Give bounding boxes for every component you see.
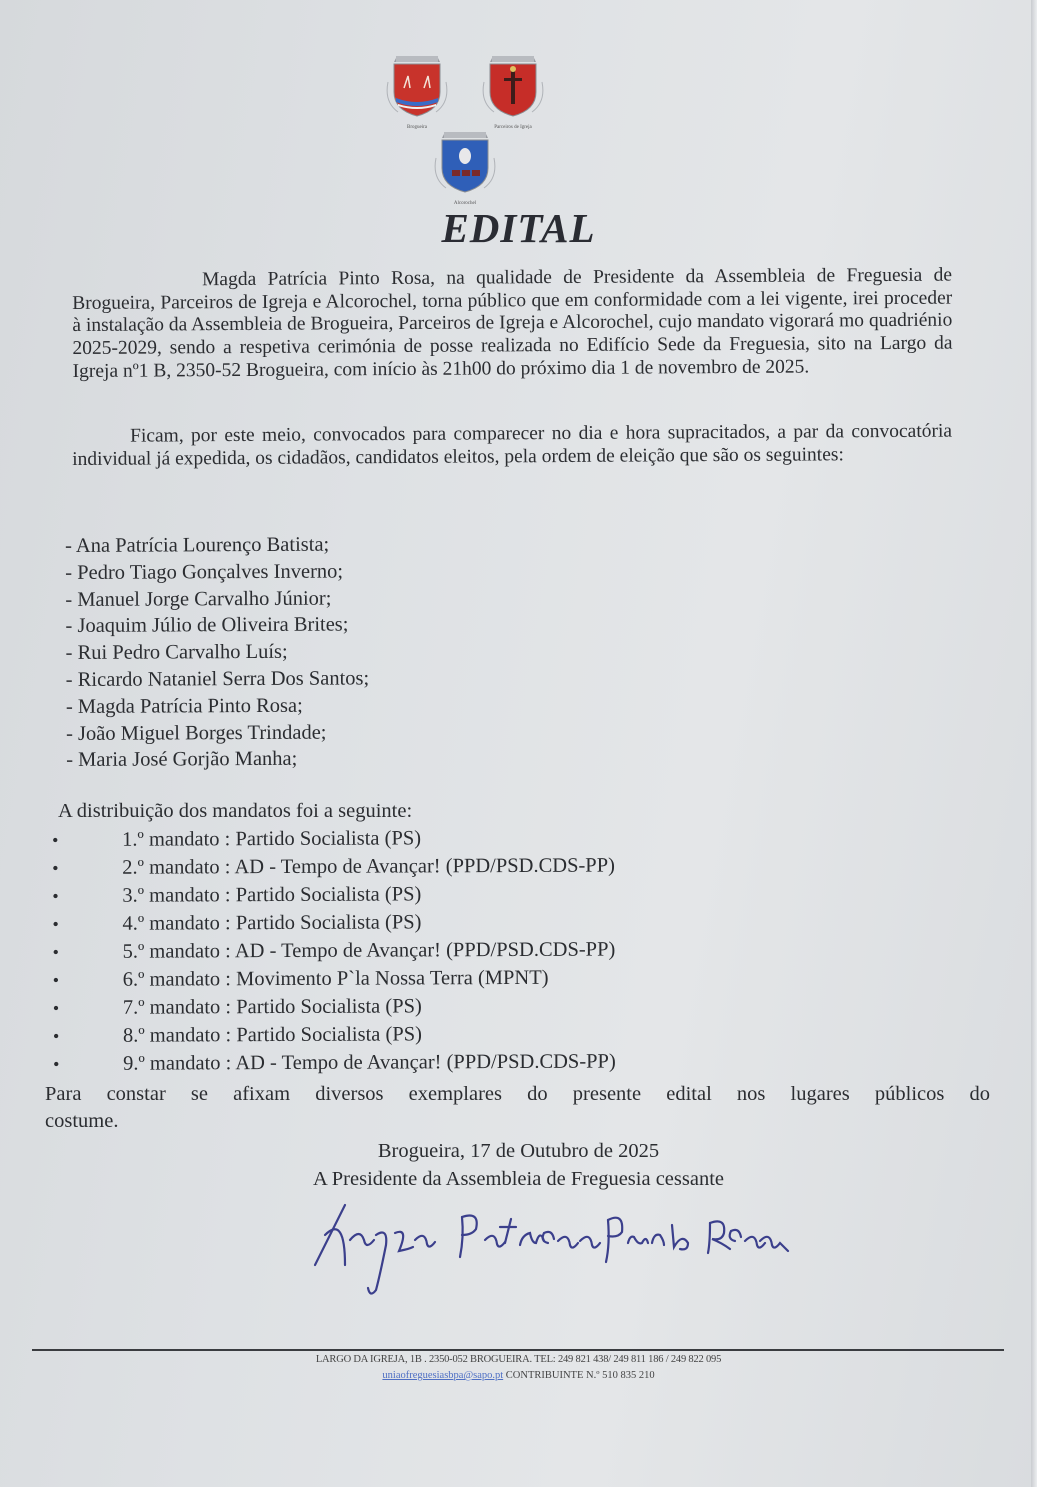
brogueira-crest-icon: Brogueira [384, 52, 450, 124]
parish-crests: Brogueira Parceiros de Igreja [380, 52, 560, 202]
footer-address: LARGO DA IGREJA, 1B . 2350-052 BROGUEIRA… [0, 1354, 1037, 1365]
list-item: - Magda Patrícia Pinto Rosa; [66, 692, 370, 720]
signatory-role: A Presidente da Assembleia de Freguesia … [0, 1168, 1037, 1191]
bullet-icon: • [53, 1050, 59, 1078]
intro-paragraph: Magda Patrícia Pinto Rosa, na qualidade … [72, 265, 953, 384]
footer-email-link[interactable]: uniaofreguesiasbpa@sapo.pt [382, 1370, 503, 1381]
bullet-icon: • [53, 966, 59, 994]
elected-candidates-list: - Ana Patrícia Lourenço Batista; - Pedro… [65, 531, 370, 774]
parceiros-de-igreja-crest-icon: Parceiros de Igreja [480, 52, 546, 124]
bullet-icon: • [53, 1022, 59, 1050]
convocation-paragraph: Ficam, por este meio, convocados para co… [72, 421, 952, 472]
document-title: EDITAL [0, 204, 1037, 252]
handwritten-signature [290, 1195, 810, 1305]
list-item: - Maria José Gorjão Manha; [66, 746, 370, 774]
bullet-icon: • [52, 882, 58, 910]
mandate-distribution-list: •1.º mandato : Partido Socialista (PS) •… [52, 826, 53, 1078]
list-item: - João Miguel Borges Trindade; [66, 719, 370, 747]
closing-statement-end: costume. [45, 1110, 118, 1133]
paper-edge-shadow [1031, 0, 1037, 1487]
footer-taxpayer-number: CONTRIBUINTE N.º 510 835 210 [506, 1370, 655, 1381]
bullet-icon: • [52, 826, 58, 854]
footer-contact: uniaofreguesiasbpa@sapo.pt CONTRIBUINTE … [0, 1370, 1037, 1381]
place-and-date: Brogueira, 17 de Outubro de 2025 [0, 1140, 1037, 1163]
list-item: - Ricardo Nataniel Serra Dos Santos; [66, 665, 370, 693]
closing-statement: Para constar se afixam diversos exemplar… [45, 1079, 990, 1110]
list-item: - Pedro Tiago Gonçalves Inverno; [65, 558, 369, 586]
list-item: - Rui Pedro Carvalho Luís; [66, 639, 370, 667]
bullet-icon: • [52, 910, 58, 938]
alcorochel-crest-icon: Alcorochel [432, 128, 498, 200]
edital-document: Brogueira Parceiros de Igreja [0, 0, 1037, 1487]
distribution-heading: A distribuição dos mandatos foi a seguin… [58, 800, 412, 823]
list-item: - Manuel Jorge Carvalho Júnior; [65, 585, 369, 613]
list-item: - Ana Patrícia Lourenço Batista; [65, 531, 369, 559]
footer-divider [32, 1349, 1004, 1351]
bullet-icon: • [53, 994, 59, 1022]
bullet-icon: • [52, 938, 58, 966]
bullet-icon: • [52, 854, 58, 882]
list-item: - Joaquim Júlio de Oliveira Brites; [65, 612, 369, 640]
